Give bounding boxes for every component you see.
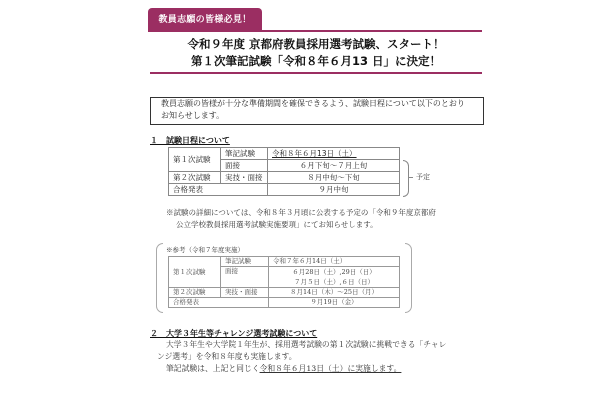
stage-cell: 合格発表 (169, 298, 269, 308)
table-row: 第１次試験 筆記試験 令和７年６月14日（土） (169, 257, 400, 267)
section2-heading: ２ 大学３年生等チャレンジ選考試験について (150, 328, 317, 339)
brace-icon (403, 160, 409, 197)
page-title-line1: 令和９年度 京都府教員採用選考試験、スタート！ (150, 36, 482, 53)
page-title-line2: 第１次筆記試験「令和８年６月13 日」に決定！ (150, 53, 482, 70)
note-line1: ※試験の詳細については、令和８年３月頃に公表する予定の「令和９年度京都府 (166, 207, 436, 219)
stage-cell: 第１次試験 (169, 148, 221, 172)
para-line3-underlined: 令和８年６月13日（土）に実施します。 (260, 364, 402, 373)
date-cell: ６月下旬～７月上旬 (268, 160, 400, 172)
date-cell: ８月中旬～下旬 (268, 172, 400, 184)
type-cell: 筆記試験 (221, 148, 268, 160)
schedule-table: 第１次試験 筆記試験 令和８年６月13日（土） 面接 ６月下旬～７月上旬 第２次… (168, 147, 400, 196)
reference-left-bracket (156, 243, 163, 313)
reference-table: 第１次試験 筆記試験 令和７年６月14日（土） 面接 ６月28日（土）,29日（… (168, 256, 400, 308)
intro-line2: お知らせします。 (161, 110, 483, 122)
type-cell: 実技・面接 (221, 288, 269, 298)
section2-para-line2: ンジ選考」を令和８年度も実施します。 (157, 351, 297, 364)
intro-line1: 教員志願の皆様が十分な準備期間を確保できるよう、試験日程について以下のとおり (161, 98, 483, 110)
table-row: 第２次試験 実技・面接 ８月14日（木）～25日（月） (169, 288, 400, 298)
date-line1: ６月28日（土）,29日（日） (273, 267, 395, 277)
table-row: 合格発表 ９月中旬 (169, 184, 400, 196)
stage-cell: 第２次試験 (169, 172, 221, 184)
type-cell: 面接 (221, 160, 268, 172)
stage-cell: 第２次試験 (169, 288, 221, 298)
date-cell: 令和７年６月14日（土） (269, 257, 400, 267)
type-cell: 実技・面接 (221, 172, 268, 184)
intro-box: 教員志願の皆様が十分な準備期間を確保できるよう、試験日程について以下のとおり お… (150, 97, 484, 125)
table-row: 合格発表 ９月19日（金） (169, 298, 400, 308)
type-cell: 筆記試験 (221, 257, 269, 267)
note-line2: 公立学校教員採用選考試験実施要項」にてお知らせします。 (176, 219, 378, 231)
reference-label: ※参考（令和７年度実施） (166, 245, 244, 255)
reference-right-bracket (405, 243, 412, 313)
brace-tip (408, 177, 413, 178)
header-badge: 教員志願の皆様必見！ (148, 8, 262, 32)
type-cell: 面接 (221, 267, 269, 288)
date-line2: ７月５日（土）,６日（日） (273, 277, 395, 287)
para-line3-prefix: 筆記試験は、上記と同じく (166, 364, 260, 373)
stage-cell: 第１次試験 (169, 257, 221, 288)
title-bottom-rule (150, 72, 482, 74)
section2-para-line3: 筆記試験は、上記と同じく令和８年６月13日（土）に実施します。 (166, 363, 401, 376)
date-cell: ８月14日（木）～25日（月） (269, 288, 400, 298)
brace-label: 予定 (416, 171, 430, 183)
date-cell: ９月19日（金） (269, 298, 400, 308)
table-row: 第１次試験 筆記試験 令和８年６月13日（土） (169, 148, 400, 160)
section2-para-line1: 大学３年生や大学院１年生が、採用選考試験の第１次試験に挑戦できる「チャレ (166, 339, 446, 352)
date-cell: 令和８年６月13日（土） (268, 148, 400, 160)
stage-cell: 合格発表 (169, 184, 268, 196)
date-cell: ９月中旬 (268, 184, 400, 196)
table-row: 第２次試験 実技・面接 ８月中旬～下旬 (169, 172, 400, 184)
section1-heading: １ 試験日程について (150, 135, 230, 146)
date-cell: ６月28日（土）,29日（日） ７月５日（土）,６日（日） (269, 267, 400, 288)
title-top-rule (148, 30, 482, 32)
